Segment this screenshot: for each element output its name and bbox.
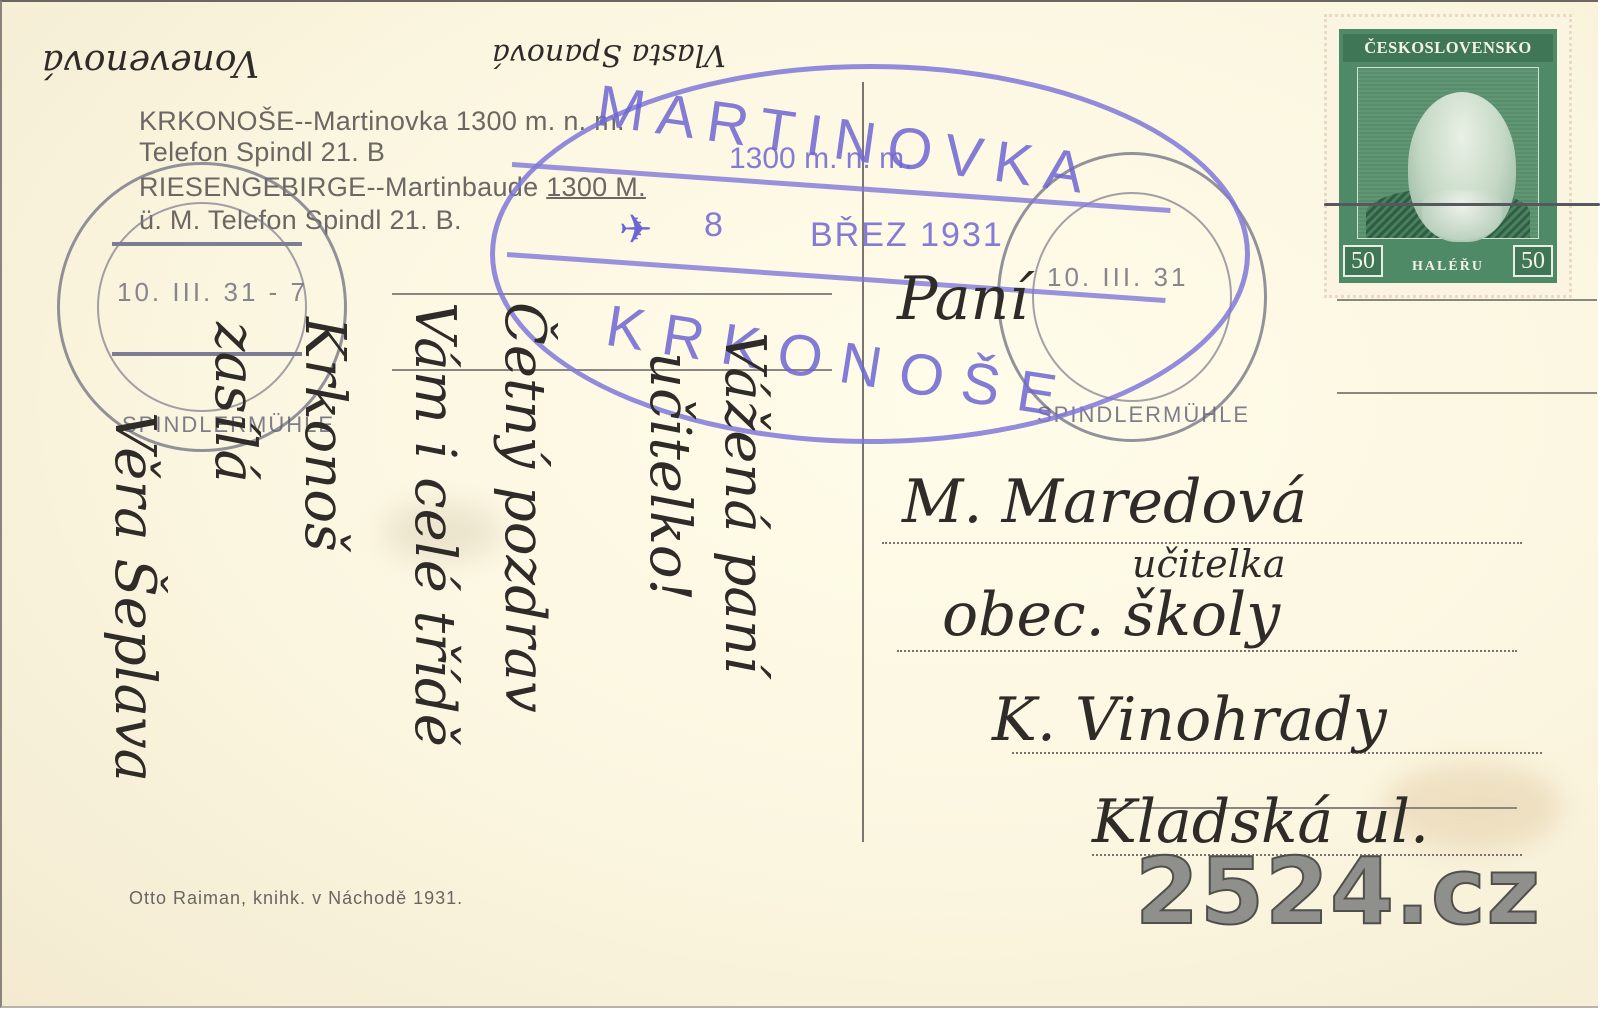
- message-line: Vám i celé třídě: [402, 302, 467, 747]
- signature-top-left: Vonevenová: [42, 42, 259, 83]
- printed-header-line-1: KRKONOŠE--Martinovka 1300 m. n. m.: [139, 106, 625, 137]
- stamp-value-left: 50: [1343, 245, 1383, 277]
- address-name: M. Maredová: [902, 467, 1307, 537]
- stamp-country: ČESKOSLOVENSKO: [1343, 34, 1553, 62]
- address-dotted-line: [897, 650, 1517, 652]
- stamp-frame: ČESKOSLOVENSKO 50 HALÉŘU 50: [1339, 29, 1557, 283]
- postmark-left-date: 10. III. 31 - 7: [117, 277, 308, 308]
- stamp-cancel-line: [1324, 203, 1600, 206]
- message-line: Krkonoš: [292, 317, 357, 552]
- postmark-left-bar: [112, 242, 302, 246]
- address-salutation: Paní: [897, 264, 1028, 334]
- publisher-imprint: Otto Raiman, knihk. v Náchodě 1931.: [129, 888, 463, 909]
- cachet-altitude: 1300 m. n. m.: [729, 142, 912, 176]
- address-rule: [1337, 299, 1597, 301]
- watermark: 2524.cz: [1135, 838, 1541, 945]
- message-line: učitelko!: [637, 352, 702, 601]
- address-city: K. Vinohrady: [992, 685, 1387, 755]
- message-line: Vážená paní: [712, 332, 777, 674]
- message-line: Četný pozdrav: [492, 302, 557, 713]
- message-signature: Věra Šeplava: [102, 412, 167, 782]
- postage-stamp: ČESKOSLOVENSKO 50 HALÉŘU 50: [1324, 14, 1572, 298]
- stamp-value-right: 50: [1513, 245, 1553, 277]
- address-rule: [1337, 392, 1597, 394]
- cachet-day: 8: [704, 206, 723, 245]
- signature-top-center: Vlasta Spanová: [492, 37, 726, 72]
- airplane-icon: ✈: [619, 207, 653, 253]
- portrait-beard: [1422, 190, 1502, 240]
- address-school: obec. školy: [942, 580, 1280, 650]
- message-line: zasílá: [202, 322, 267, 483]
- stamp-unit: HALÉŘU: [1389, 259, 1507, 275]
- stamp-portrait: [1357, 67, 1539, 239]
- cachet-date: BŘEZ 1931: [810, 216, 1004, 255]
